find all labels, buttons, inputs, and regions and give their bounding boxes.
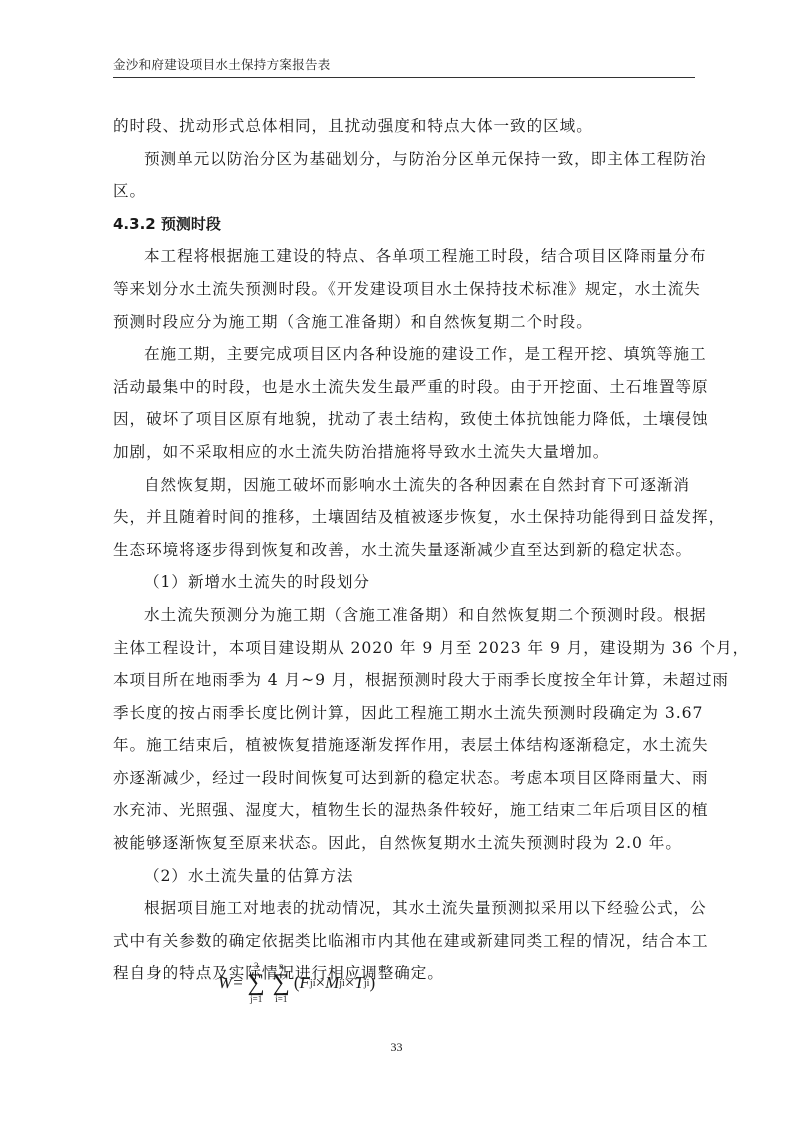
document-body: 的时段、扰动形式总体相同，且扰动强度和特点大体一致的区域。 预测单元以防治分区为… [113,110,695,990]
paragraph-line: 生态环境将逐步得到恢复和改善，水土流失量逐渐减少直至达到新的稳定状态。 [113,534,695,567]
paragraph-line: 等来划分水土流失预测时段。《开发建设项目水土保持技术标准》规定，水土流失 [113,273,695,306]
section-heading: 4.3.2 预测时段 [113,208,695,241]
running-header: 金沙和府建设项目水土保持方案报告表 [113,55,695,78]
paragraph-line: 被能够逐渐恢复至原来状态。因此，自然恢复期水土流失预测时段为 2.0 年。 [113,827,695,860]
paragraph-line: 预测单元以防治分区为基础划分，与防治分区单元保持一致，即主体工程防治 [113,143,695,176]
summation-j: 3 ∑ j=1 [248,962,265,1004]
page-number: 33 [0,1040,793,1055]
summation-i: n ∑ i=1 [273,962,290,1004]
paragraph-line: 水土流失预测分为施工期（含施工准备期）和自然恢复期二个预测时段。根据 [113,599,695,632]
paragraph-line: 自然恢复期，因施工破坏而影响水土流失的各种因素在自然封育下可逐渐消 [113,469,695,502]
formula-lhs: W= [218,973,244,993]
paragraph-line: 程自身的特点及实际情况进行相应调整确定。 [113,957,695,990]
paragraph-line: 在施工期，主要完成项目区内各种设施的建设工作，是工程开挖、填筑等施工 [113,338,695,371]
paragraph-line: 的时段、扰动形式总体相同，且扰动强度和特点大体一致的区域。 [113,110,695,143]
paragraph-line: 主体工程设计，本项目建设期从 2020 年 9 月至 2023 年 9 月，建设… [113,632,695,665]
sigma-icon: ∑ [273,971,290,995]
soil-loss-formula: W= 3 ∑ j=1 n ∑ i=1 ( Fji × Mji × Tji ) [218,953,375,1013]
paragraph-line: 本工程将根据施工建设的特点、各单项工程施工时段，结合项目区降雨量分布 [113,240,695,273]
paragraph-line: 水充沛、光照强、湿度大，植物生长的湿热条件较好，施工结束二年后项目区的植 [113,794,695,827]
paragraph-line: 本项目所在地雨季为 4 月~9 月，根据预测时段大于雨季长度按全年计算，未超过雨 [113,664,695,697]
paragraph-line: 预测时段应分为施工期（含施工准备期）和自然恢复期二个时段。 [113,306,695,339]
paragraph-line: 区。 [113,175,695,208]
paragraph-line: 式中有关参数的确定依据类比临湘市内其他在建或新建同类工程的情况，结合本工 [113,925,695,958]
paragraph-line: 亦逐渐减少，经过一段时间恢复可达到新的稳定状态。考虑本项目区降雨量大、雨 [113,762,695,795]
var-T: T [354,973,363,993]
var-M: M [325,973,339,993]
paragraph-line: 活动最集中的时段，也是水土流失发生最严重的时段。由于开挖面、土石堆置等原 [113,371,695,404]
paragraph-line: 季长度的按占雨季长度比例计算，因此工程施工期水土流失预测时段确定为 3.67 [113,697,695,730]
subsection-label: （1）新增水土流失的时段划分 [113,566,695,599]
paragraph-line: 加剧，如不采取相应的水土流失防治措施将导致水土流失大量增加。 [113,436,695,469]
paragraph-line: 失，并且随着时间的推移，土壤固结及植被逐步恢复，水土保持功能得到日益发挥， [113,501,695,534]
paragraph-line: 根据项目施工对地表的扰动情况，其水土流失量预测拟采用以下经验公式，公 [113,892,695,925]
paragraph-line: 因，破坏了项目区原有地貌，扰动了表土结构，致使土体抗蚀能力降低，土壤侵蚀 [113,403,695,436]
paragraph-line: 年。施工结束后，植被恢复措施逐渐发挥作用，表层土体结构逐渐稳定，水土流失 [113,729,695,762]
var-F: F [300,973,310,993]
subsection-label: （2）水土流失量的估算方法 [113,860,695,893]
sigma-icon: ∑ [248,971,265,995]
